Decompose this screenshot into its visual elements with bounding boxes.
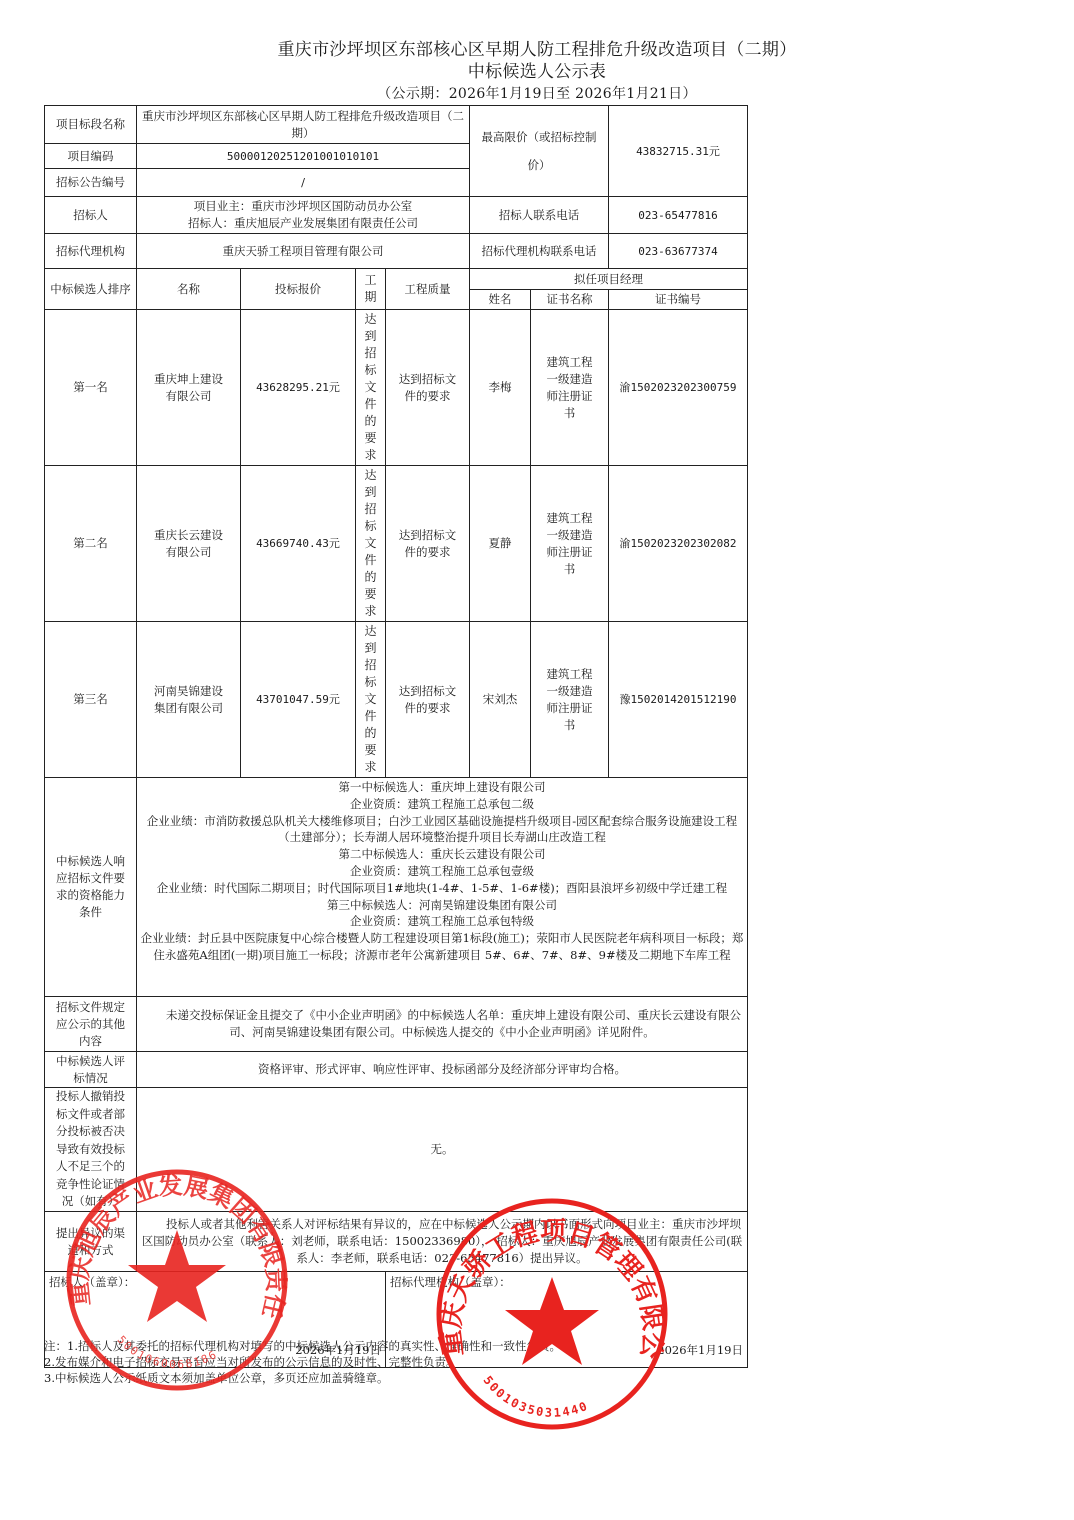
header-cert-name: 证书名称 [531, 290, 609, 310]
header-quality: 工程质量 [386, 269, 470, 310]
tenderer-name: 招标人：重庆旭辰产业发展集团有限责任公司 [140, 215, 466, 232]
candidate-pm: 李梅 [470, 310, 531, 466]
tenderer-owner: 项目业主：重庆市沙坪坝区国防动员办公室 [140, 198, 466, 215]
footnotes: 注：1.招标人及其委托的招标代理机构对填写的中标候选人公示内容的真实性、准确性和… [44, 1338, 561, 1386]
candidate-period: 达到招标文件的要求 [356, 310, 386, 466]
candidate-rank: 第二名 [45, 466, 137, 622]
qualification-line: 企业业绩：市消防救援总队机关大楼维修项目；白沙工业园区基础设施提档升级项目-园区… [140, 813, 744, 847]
notice-no-label: 招标公告编号 [45, 169, 137, 197]
qualification-line: 企业资质：建筑工程施工总承包特级 [140, 913, 744, 930]
max-price-label: 最高限价（或招标控制价） [470, 106, 609, 197]
candidate-rank: 第三名 [45, 622, 137, 778]
project-name-value: 重庆市沙坪坝区东部核心区早期人防工程排危升级改造项目（二期） [137, 106, 470, 144]
header-name: 名称 [137, 269, 241, 310]
candidate-quality: 达到招标文件的要求 [386, 466, 470, 622]
other-content-value: 未递交投标保证金且提交了《中小企业声明函》的中标候选人名单：重庆坤上建设有限公司… [137, 997, 748, 1052]
footnote-item: 2.发布媒介和电子招标交易平台应当对所发布的公示信息的及时性、完整性负责。 [44, 1354, 561, 1370]
table-row: 第二名 重庆长云建设有限公司 43669740.43元 达到招标文件的要求 达到… [45, 466, 748, 622]
qualification-content: 第一中标候选人：重庆坤上建设有限公司 企业资质：建筑工程施工总承包二级 企业业绩… [137, 778, 748, 997]
agency-sign-date: 2026年1月19日 [657, 1342, 743, 1359]
document-subtitle: 中标候选人公示表 [0, 62, 1074, 82]
candidate-publicity-table: 项目标段名称 重庆市沙坪坝区东部核心区早期人防工程排危升级改造项目（二期） 最高… [44, 105, 748, 1368]
candidate-cert-no: 豫1502014201512190 [609, 622, 748, 778]
candidate-cert-no: 渝1502023202302082 [609, 466, 748, 622]
header-rank: 中标候选人排序 [45, 269, 137, 310]
candidate-period: 达到招标文件的要求 [356, 466, 386, 622]
candidate-cert-name: 建筑工程一级建造师注册证书 [531, 310, 609, 466]
evaluation-label: 中标候选人评标情况 [45, 1052, 137, 1088]
qualification-line: 企业业绩：封丘县中医院康复中心综合楼暨人防工程建设项目第1标段(施工)；荥阳市人… [140, 930, 744, 964]
other-content-label: 招标文件规定应公示的其他内容 [45, 997, 137, 1052]
agency-label: 招标代理机构 [45, 234, 137, 269]
candidate-name: 重庆长云建设有限公司 [137, 466, 241, 622]
qualification-line: 第一中标候选人：重庆坤上建设有限公司 [140, 779, 744, 796]
agency-seal-label: 招标代理机构（盖章）： [390, 1274, 511, 1291]
tenderer-value: 项目业主：重庆市沙坪坝区国防动员办公室 招标人：重庆旭辰产业发展集团有限责任公司 [137, 197, 470, 234]
candidate-cert-no: 渝1502023202300759 [609, 310, 748, 466]
document-title: 重庆市沙坪坝区东部核心区早期人防工程排危升级改造项目（二期） [0, 40, 1074, 60]
max-price-value: 43832715.31元 [609, 106, 748, 197]
candidate-cert-name: 建筑工程一级建造师注册证书 [531, 466, 609, 622]
header-period: 工期 [356, 269, 386, 310]
objection-value: 投标人或者其他利害关系人对评标结果有异议的，应在中标候选人公示期内以书面形式向项… [137, 1212, 748, 1272]
qualification-line: 企业业绩：时代国际二期项目；时代国际项目1#地块(1-4#、1-5#、1-6#楼… [140, 880, 744, 897]
project-code-value: 50000120251201001010101 [137, 144, 470, 169]
qualification-line: 第三中标候选人：河南昊锦建设集团有限公司 [140, 897, 744, 914]
tenderer-phone-label: 招标人联系电话 [470, 197, 609, 234]
agency-phone-label: 招标代理机构联系电话 [470, 234, 609, 269]
objection-label: 提出异议的渠道和方式 [45, 1212, 137, 1272]
candidate-period: 达到招标文件的要求 [356, 622, 386, 778]
tenderer-phone-value: 023-65477816 [609, 197, 748, 234]
candidate-price: 43669740.43元 [241, 466, 356, 622]
qualification-label: 中标候选人响应招标文件要求的资格能力条件 [45, 778, 137, 997]
tenderer-seal-label: 招标人（盖章）： [49, 1274, 135, 1291]
candidate-quality: 达到招标文件的要求 [386, 622, 470, 778]
project-code-label: 项目编码 [45, 144, 137, 169]
candidate-pm: 宋刘杰 [470, 622, 531, 778]
header-cert-no: 证书编号 [609, 290, 748, 310]
qualification-line: 企业资质：建筑工程施工总承包二级 [140, 796, 744, 813]
withdrawal-label: 投标人撤销投标文件或者部分投标被否决导致有效投标人不足三个的竞争性论证情况（如有… [45, 1088, 137, 1212]
header-pm-name: 姓名 [470, 290, 531, 310]
qualification-line: 第二中标候选人：重庆长云建设有限公司 [140, 846, 744, 863]
table-row: 第一名 重庆坤上建设有限公司 43628295.21元 达到招标文件的要求 达到… [45, 310, 748, 466]
notice-no-value: / [137, 169, 470, 197]
candidate-price: 43701047.59元 [241, 622, 356, 778]
agency-value: 重庆天骄工程项目管理有限公司 [137, 234, 470, 269]
footnote-item: 注：1.招标人及其委托的招标代理机构对填写的中标候选人公示内容的真实性、准确性和… [44, 1338, 561, 1354]
project-name-label: 项目标段名称 [45, 106, 137, 144]
qualification-line: 企业资质：建筑工程施工总承包壹级 [140, 863, 744, 880]
evaluation-value: 资格评审、形式评审、响应性评审、投标函部分及经济部分评审均合格。 [137, 1052, 748, 1088]
candidate-name: 重庆坤上建设有限公司 [137, 310, 241, 466]
candidate-price: 43628295.21元 [241, 310, 356, 466]
withdrawal-value: 无。 [137, 1088, 748, 1212]
table-row: 第三名 河南昊锦建设集团有限公司 43701047.59元 达到招标文件的要求 … [45, 622, 748, 778]
candidate-cert-name: 建筑工程一级建造师注册证书 [531, 622, 609, 778]
header-pm-group: 拟任项目经理 [470, 269, 748, 290]
candidate-name: 河南昊锦建设集团有限公司 [137, 622, 241, 778]
header-price: 投标报价 [241, 269, 356, 310]
candidate-rank: 第一名 [45, 310, 137, 466]
agency-phone-value: 023-63677374 [609, 234, 748, 269]
candidate-pm: 夏静 [470, 466, 531, 622]
footnote-item: 3.中标候选人公示纸质文本须加盖单位公章，多页还应加盖骑缝章。 [44, 1370, 561, 1386]
tenderer-label: 招标人 [45, 197, 137, 234]
publicity-period: （公示期：2026年1月19日至 2026年1月21日） [0, 85, 1074, 103]
candidate-quality: 达到招标文件的要求 [386, 310, 470, 466]
